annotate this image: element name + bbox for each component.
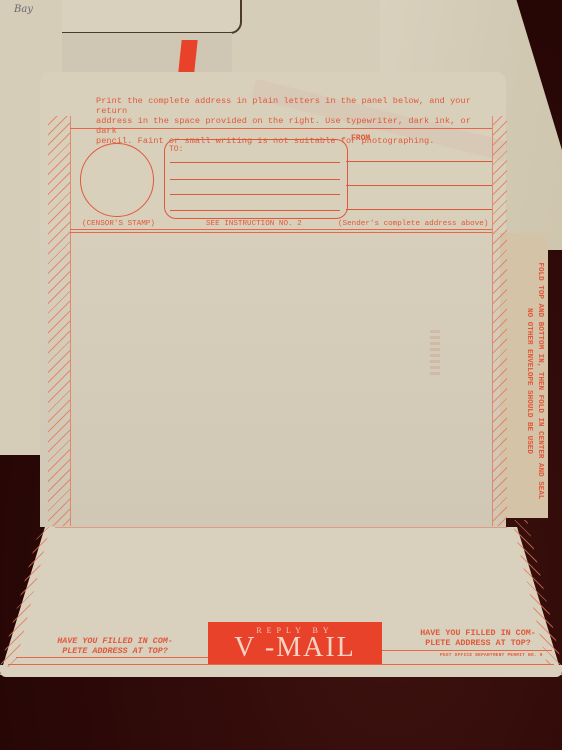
to-address-line[interactable] [170, 179, 340, 180]
envelope-red-tab [178, 40, 197, 72]
footer-question-right: HAVE YOU FILLED IN COM- PLETE ADDRESS AT… [398, 628, 558, 648]
post-office-permit: POST OFFICE DEPARTMENT PERMIT NO. 9 [440, 653, 543, 658]
footer-bottom-rule [8, 664, 554, 665]
show-through-print [430, 330, 440, 375]
to-address-line[interactable] [170, 210, 340, 211]
footer-question-left: HAVE YOU FILLED IN COM- PLETE ADDRESS AT… [40, 636, 190, 656]
envelope-inner [62, 33, 232, 73]
sender-address-caption: (Sender's complete address above) [338, 220, 488, 228]
envelope-flap [62, 0, 242, 34]
censor-stamp-circle [80, 143, 154, 217]
left-hatched-margin [48, 116, 71, 526]
to-address-line[interactable] [170, 162, 340, 163]
fold-crease [55, 527, 507, 528]
footer-rule-right [382, 650, 552, 651]
vmail-logo: V -MAIL [208, 632, 382, 664]
censor-stamp-caption: (CENSOR'S STAMP) [82, 220, 155, 228]
vmail-form-body [40, 232, 506, 527]
from-address-line[interactable] [346, 209, 492, 210]
header-rule [70, 128, 492, 129]
to-label: TO: [169, 145, 183, 154]
to-address-line[interactable] [170, 194, 340, 195]
pencil-scribble: Bay [14, 4, 33, 15]
from-address-line[interactable] [346, 185, 492, 186]
see-instruction-caption: SEE INSTRUCTION NO. 2 [206, 220, 302, 228]
vmail-form-bottom-edge [0, 665, 562, 677]
from-label: FROM [351, 134, 370, 143]
from-address-line[interactable] [346, 161, 492, 162]
fold-instructions: FOLD TOP AND BOTTOM IN, THEN FOLD IN CEN… [505, 246, 545, 516]
header-bottom-rule-2 [70, 232, 492, 233]
header-bottom-rule [70, 229, 492, 230]
footer-rule-left [16, 657, 208, 658]
